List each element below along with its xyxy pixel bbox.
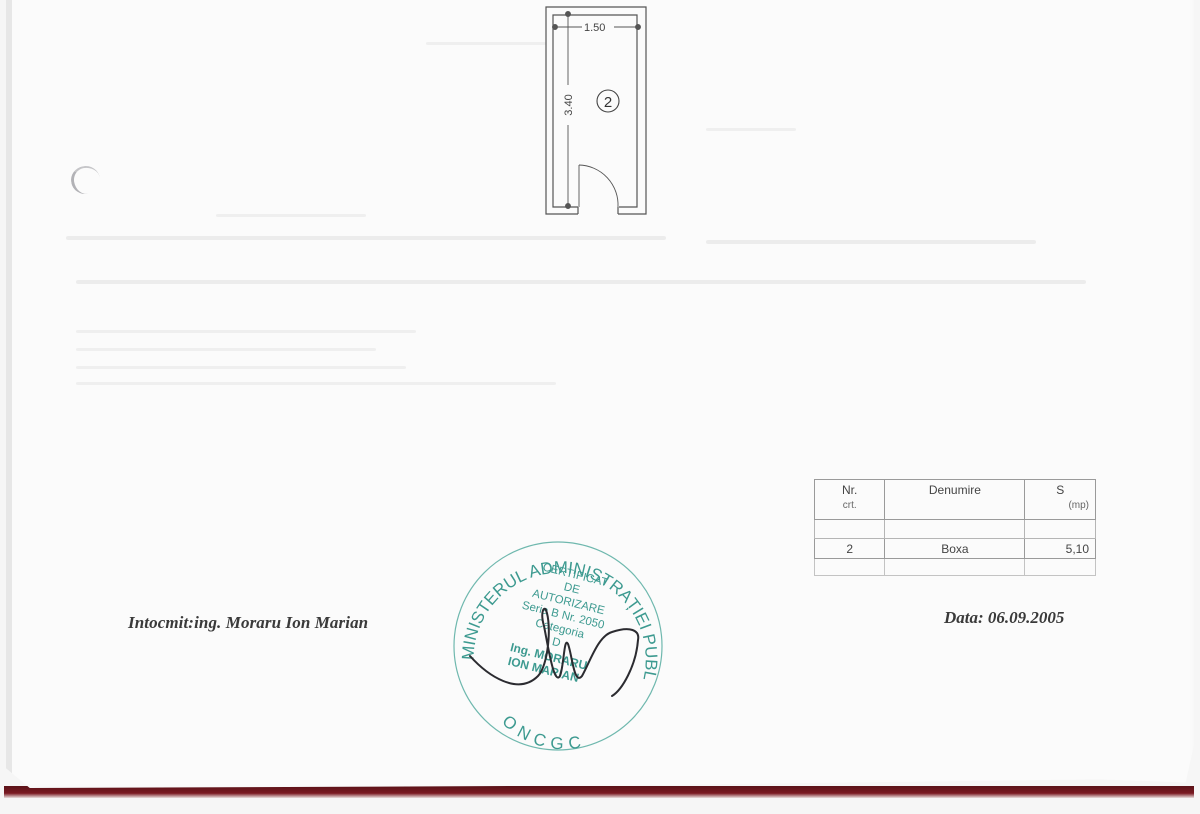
table-row	[815, 520, 1096, 539]
bleed-through-line	[76, 330, 416, 333]
cell-area: 5,10	[1025, 539, 1096, 559]
area-table: Nr. crt. Denumire S (mp) 2 Boxa 5,10	[814, 479, 1096, 576]
cell-nr	[815, 520, 885, 539]
room-walls	[546, 7, 646, 214]
cell-name	[885, 559, 1025, 576]
cell-area	[1025, 559, 1096, 576]
length-dimension: 3.40	[563, 94, 575, 115]
stamp-ring-bottom-text: ONCGC	[499, 711, 589, 753]
stamp-line: D	[551, 636, 562, 650]
header-name-label: Denumire	[929, 483, 981, 497]
header-area-label: S	[1056, 483, 1064, 497]
stamp-line: DE	[563, 581, 582, 597]
table-row	[815, 559, 1096, 576]
cell-nr	[815, 559, 885, 576]
official-stamp: MINISTERUL ADMINISTRAȚIEI PUBLICE ONCGC …	[448, 526, 668, 762]
header-nr-label: Nr.	[842, 483, 857, 497]
table-row: 2 Boxa 5,10	[815, 539, 1096, 559]
bleed-through-line	[76, 348, 376, 351]
header-area-unit: (mp)	[1025, 498, 1095, 513]
room-number: 2	[604, 94, 612, 111]
bleed-through-line	[76, 366, 406, 369]
cell-area	[1025, 520, 1096, 539]
bleed-through-line	[76, 280, 1086, 284]
prepared-by: Intocmit:ing. Moraru Ion Marian	[128, 613, 368, 633]
width-dimension: 1.50	[584, 22, 605, 34]
page-bottom-edge	[4, 786, 1194, 798]
header-nr-sublabel: crt.	[815, 498, 884, 513]
cell-name	[885, 520, 1025, 539]
header-nr: Nr. crt.	[815, 480, 885, 520]
cell-nr: 2	[815, 539, 885, 559]
header-area: S (mp)	[1025, 480, 1096, 520]
floor-plan: 1.50 3.40 2	[0, 0, 1200, 260]
header-name: Denumire	[885, 480, 1025, 520]
document-date: Data: 06.09.2005	[944, 608, 1064, 628]
cell-name: Boxa	[885, 539, 1025, 559]
bleed-through-line	[76, 382, 556, 385]
